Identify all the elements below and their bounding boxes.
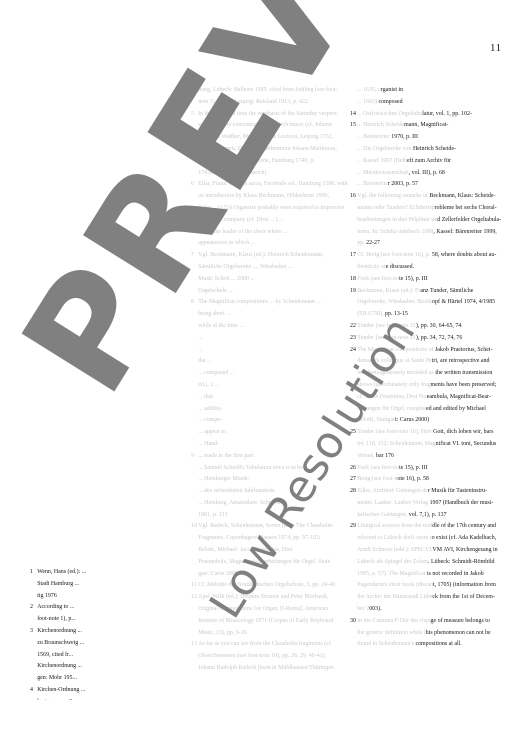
footnote-line: Tunder (see foot-note 21), pp. 34, 72, 7…: [357, 332, 530, 344]
footnote-number: 30: [350, 615, 356, 627]
footnote: 24The Magnificat compositions of Jakob P…: [350, 344, 530, 427]
footnote-number: 22: [350, 320, 356, 332]
footnote-line: 174 (Lüders, Hans Heinrich): [198, 167, 362, 179]
footnote-line: Olsen/Sørensen (see foot-note 10), pp. 2…: [198, 650, 362, 662]
footnote-line: p. 583 (Strunck, Delphin); furthermore J…: [198, 143, 362, 155]
footnote: 19Beckmann, Klaus (ed.): Franz Tunder, S…: [350, 285, 530, 320]
footnote-line: ber 2003).: [357, 603, 530, 615]
footnote-line: Fragments, Copenhagen: Hansen 1974, pp. …: [198, 532, 362, 544]
footnote-line: tig 1976: [37, 590, 124, 602]
footnote-line: ... Heinrich Scheidemann, Magnificat-: [357, 119, 530, 131]
footnote-line: 1995, p. 57). The Magnificat is not reco…: [357, 568, 530, 580]
footnote-line: Kirchenordnung ...: [37, 660, 124, 672]
footnote-line: ... compo-: [198, 414, 362, 426]
footnote-line: relevant to Lübeck don't seem to exist (…: [357, 532, 530, 544]
footnotes-right-column: ... 1635, organist in... 1663) composed1…: [350, 84, 530, 650]
footnote: 5In the course of time the emphasis of t…: [191, 108, 362, 179]
footnote-number: 4: [30, 684, 33, 696]
footnote-line: ... Bärenreiter 1970, p. III: [357, 131, 530, 143]
footnote-line: Praeambula, Magnificat-Bearbeitungen für…: [198, 556, 362, 568]
footnote-line: ... Die Orgelwerke von Heinrich Scheide-: [357, 143, 530, 155]
footnote-number: 18: [350, 273, 356, 285]
footnote-line: ... Hamburger Musik-: [198, 473, 362, 485]
footnote-line: Apel, Willi (ed.): Delphin Strunck and P…: [198, 591, 362, 603]
footnote-line: appearances in which ...: [198, 237, 362, 249]
footnote-line: Beckmann, Klaus (ed.): Franz Tunder, Säm…: [357, 285, 530, 297]
footnote-line: kalischen Gattungen, vol. 7,1), p. 137: [357, 509, 530, 521]
footnote-line: ... appear to: [198, 426, 362, 438]
footnote-number: 9: [191, 450, 194, 462]
footnote-line: Orgelwerke, Wiesbaden: Breitkopf & Härte…: [357, 296, 530, 308]
footnote-line: ... 1635, organist in: [357, 84, 530, 96]
footnote: 22Tunder (see foot-note 21), pp. 30, 64-…: [350, 320, 530, 332]
footnote-line: Cf. Melodie der Norddeutschen Orgelschul…: [198, 579, 362, 591]
footnote: 4Kirchen-Ordnung ...hertzogen zu S...: [30, 684, 124, 700]
footnote-number: 19: [350, 285, 356, 297]
footnote-line: Music, 23), pp. 9-20: [198, 627, 362, 639]
footnote: 14... Ostfriesischen Orgeltabulatur, vol…: [350, 108, 530, 120]
footnote-line: The Magnificat compositions of Jakob Pra…: [357, 344, 530, 356]
footnote-line: (EB 6758), pp. 13-15: [357, 308, 530, 320]
footnote-line: ... 1663) composed: [357, 96, 530, 108]
footnote-line: Lübeck als Spiegel der Zeiten. Lübeck: S…: [357, 556, 530, 568]
footnote-number: 26: [350, 462, 356, 474]
footnote: 18Fock (see foot-note 15), p. III: [350, 273, 530, 285]
footnote-line: Tunder (see foot-note 21), pp. 30, 64-65…: [357, 320, 530, 332]
footnote-line: being short ...: [198, 308, 362, 320]
footnote-line: Orgelschule ...: [198, 285, 362, 297]
footnote-line: ... Hand-: [198, 438, 362, 450]
footnote-line: less homogeneously moulded as the writte…: [357, 367, 530, 379]
footnote-number: 14: [350, 108, 356, 120]
footnote-line: Institute of Musicology 1971 (Corpus of …: [198, 615, 362, 627]
footnote-line: the Archiv der Hansestadt Lübeck from th…: [357, 591, 530, 603]
footnote-line: the generic definition while this phenom…: [357, 627, 530, 639]
footnote-number: 24: [350, 344, 356, 356]
footnote-line: Sämtliche Orgelwerke ..., Wiesbaden ...: [198, 261, 362, 273]
footnote-line: According to ...: [37, 601, 124, 613]
footnote-line: Pagendarm's choir book (discant, 1705) (…: [357, 579, 530, 591]
footnote-number: 5: [191, 108, 194, 120]
footnote-line: foot-note 1), p...: [37, 613, 124, 625]
footnote-line: Fock (see foot-note 15), p. III: [357, 462, 530, 474]
footnote: 3Kirchenordnung ...zu Braunschweig ...15…: [30, 625, 124, 684]
footnote-line: Tunder (see foot-note 16), Herr Gott, di…: [357, 426, 530, 438]
footnote-line: bearbeitungen in den Pelpliner und Zelle…: [357, 214, 530, 226]
footnote-line: ... des sechzehnten Jahrhunderts.: [198, 485, 362, 497]
footnote-line: ...: [198, 332, 362, 344]
footnote-line: Wenn, Hans (ed.): ...: [37, 566, 124, 578]
footnote-number: 1: [30, 566, 33, 578]
footnotes-left-column: 1Wenn, Hans (ed.): ...Stadt Hamburg ...t…: [30, 566, 124, 700]
footnote-number: 12: [191, 591, 197, 603]
footnote-line: ... Musikwissenschaft, vol. III), p. 68: [357, 167, 530, 179]
footnote-line: an introduction by Klaus Beckmann, Hilde…: [198, 190, 362, 202]
footnote-line: Kirchenordnung ...: [37, 625, 124, 637]
footnote-line: Belotti, Stuttgart: Carus 2000): [357, 414, 530, 426]
footnote-line: ... Kassel 1967 (Beiheft zum Archiv für: [357, 155, 530, 167]
footnote-line: The Magnificat compositions ... by Schei…: [198, 296, 362, 308]
footnote-line: ... additio-: [198, 403, 362, 415]
footnote-line: ... Ostfriesischen Orgeltabulatur, vol. …: [357, 108, 530, 120]
footnote-line: 1981, p. 113: [198, 509, 362, 521]
footnote-line: Liturgical sources from the middle of th…: [357, 520, 530, 532]
footnote-line: nung, Lübeck: Balhorn 1585, cited from S…: [198, 84, 362, 96]
footnote-line: 64, 118, 152; Scheidemann, Magnificat VI…: [357, 438, 530, 450]
footnote-line: ...: [198, 344, 362, 356]
footnote-line: pp. 22-27: [357, 237, 530, 249]
footnote-number: 2: [30, 601, 33, 613]
footnote-line: this and accompany (cf. Dirst ... ) ...: [198, 214, 362, 226]
footnote-line: ... composed ...: [198, 367, 362, 379]
footnote: 17Cf. Breig (see foot-note 16), p. 58, w…: [350, 249, 530, 273]
footnote-number: 3: [30, 625, 33, 637]
footnote-line: Grundlage einer Ehren-Pforte, Hamburg 17…: [198, 155, 362, 167]
footnote-line: to ask the leader of the choir where ...: [198, 226, 362, 238]
footnote-number: 13: [191, 638, 197, 650]
footnote-line: 1569, cited fr...: [37, 649, 124, 661]
footnote-line: note 3), vol. V, Leipzig: Reisland 1913,…: [198, 96, 362, 108]
footnote-line: Versus, bar 176: [357, 450, 530, 462]
footnote-line: In the course of time the emphasis of th…: [198, 108, 362, 120]
footnote-number: 15: [350, 119, 356, 131]
footnote-line: zu Braunschweig ...: [37, 637, 124, 649]
footnote: 1Wenn, Hans (ed.): ...Stadt Hamburg ...t…: [30, 566, 124, 601]
footnote-line: Vgl. the following remarks of Beckmann, …: [357, 190, 530, 202]
footnote-line: Kirchen-Ordnung ...: [37, 684, 124, 696]
footnote-number: 28: [350, 485, 356, 497]
footnote-number: 10: [191, 520, 197, 532]
footnote-line: Arndt Schnoor (edd.): SPECVLVM AVI, Kirc…: [357, 544, 530, 556]
footnote-line: Ellar, Franz: Cantica sacra, Facsimile e…: [198, 178, 362, 190]
footnote-number: 6: [191, 178, 194, 190]
footnote: 2According to ...foot-note 1), p...: [30, 601, 124, 625]
footnote-line: ... Bärenreiter 2003, p. 57: [357, 178, 530, 190]
footnote: 9... made in the first part... Samuel Sc…: [191, 450, 362, 521]
footnote: 8The Magnificat compositions ... by Sche…: [191, 296, 362, 449]
footnote-line: the ...: [198, 355, 362, 367]
footnote-line: cf. Jacob Praetorius, Drei Praeambula, M…: [357, 391, 530, 403]
footnote: 11Cf. Melodie der Norddeutschen Orgelsch…: [191, 579, 362, 591]
footnote-line: Johann Rudolph Radeck (born in Mühlhause…: [198, 662, 362, 674]
footnote-number: 23: [350, 332, 356, 344]
footnote: 29Liturgical sources from the middle of …: [350, 520, 530, 614]
footnotes-middle-column: nung, Lübeck: Balhorn 1585, cited from S…: [191, 84, 362, 674]
footnote-line: mente. Laaber: Laaber-Verlag 1997 (Handb…: [357, 497, 530, 509]
footnote-number: 16: [350, 190, 356, 202]
footnote-number: 27: [350, 473, 356, 485]
footnote: 25Tunder (see foot-note 16), Herr Gott, …: [350, 426, 530, 461]
footnote: 27Breig (see foot-note 16), p. 58: [350, 473, 530, 485]
footnote-line: Original Compositions for Organ, [I-Roma…: [198, 603, 362, 615]
footnote: 15... Heinrich Scheidemann, Magnificat-.…: [350, 119, 530, 190]
footnote-line: while at the time ...: [198, 320, 362, 332]
footnote: 28Edler, Arnfried: Gattungen der Musik f…: [350, 485, 530, 520]
footnote-line: thenticity are discussed.: [357, 261, 530, 273]
footnote-line: Gottfried Walther, Musicalisches Lexicon…: [198, 131, 362, 143]
footnotes-left-fragment: 1Wenn, Hans (ed.): ...Stadt Hamburg ...t…: [30, 560, 124, 700]
footnote: nung, Lübeck: Balhorn 1585, cited from S…: [191, 84, 362, 108]
footnote-line: Edler, Arnfried: Gattungen der Musik für…: [357, 485, 530, 497]
footnote-line: Vgl. Beckmann, Klaus (ed.): Heinrich Sch…: [198, 249, 362, 261]
footnote-line: gart: Carus 2000: [198, 568, 362, 580]
footnote: 23Tunder (see foot-note 21), pp. 34, 72,…: [350, 332, 530, 344]
footnote-line: Belotti, Michael: Jacob Praetorius, Drei: [198, 544, 362, 556]
footnote-line: In the Canzona F-Dur the change of measu…: [357, 615, 530, 627]
footnote-number: 17: [350, 249, 356, 261]
footnote-line: ... that: [198, 391, 362, 403]
footnote: 10Vgl. Radeck, Scheidemann, Seven (ed.):…: [191, 520, 362, 579]
footnote-line: turen. In: Schütz-Jahrbuch 1988, Kassel:…: [357, 226, 530, 238]
footnote-line: Cf. Breig (see foot-note 16), p. 58, whe…: [357, 249, 530, 261]
footnote-line: found in Scheidemann's compositions at a…: [357, 638, 530, 650]
page-number: 11: [490, 42, 502, 54]
footnote-line: ed.), 1 ...: [198, 379, 362, 391]
footnote-line: shows (unfortunately only fragments have…: [357, 379, 530, 391]
footnote-line: Music Schott ... 2000 ...: [198, 273, 362, 285]
footnote-line: hertzogen zu S...: [37, 696, 124, 700]
footnote-number: 29: [350, 520, 356, 532]
footnote: ... 1635, organist in... 1663) composed: [350, 84, 530, 108]
footnote: 7Vgl. Beckmann, Klaus (ed.): Heinrich Sc…: [191, 249, 362, 296]
footnote: 6Ellar, Franz: Cantica sacra, Facsimile …: [191, 178, 362, 249]
footnote-number: 11: [191, 579, 197, 591]
footnote-number: 7: [191, 249, 194, 261]
footnote: 13As far as you can see from the Clausho…: [191, 638, 362, 673]
footnote: 26Fock (see foot-note 15), p. III: [350, 462, 530, 474]
footnote: 12Apel, Willi (ed.): Delphin Strunck and…: [191, 591, 362, 638]
footnote-line: ... Samuel Scheidt's Tabulatura nova is …: [198, 462, 362, 474]
footnote-line: fiche ... (1 53) Organists probably were…: [198, 202, 362, 214]
footnote-line: Fock (see foot-note 15), p. III: [357, 273, 530, 285]
footnote: 16Vgl. the following remarks of Beckmann…: [350, 190, 530, 249]
footnote-line: As far as you can see from the Clausholm…: [198, 638, 362, 650]
footnote-number: 8: [191, 296, 194, 308]
footnote-line: ... Hamburg, Amsterdam: Schippers: [198, 497, 362, 509]
footnote: 30In the Canzona F-Dur the change of mea…: [350, 615, 530, 650]
footnote-line: Stadt Hamburg ...: [37, 578, 124, 590]
footnote-line: gen: Mohr 195...: [37, 672, 124, 684]
footnote-line: Breig (see foot-note 16), p. 58: [357, 473, 530, 485]
footnote-line: beitungen für Orgel, completed and edite…: [357, 403, 530, 415]
footnote-line: was gradually concentrated on church mus…: [198, 119, 362, 131]
document-page: 11 nung, Lübeck: Balhorn 1585, cited fro…: [0, 0, 530, 750]
footnote-line: demann's colleague at Sankt Petri, are r…: [357, 355, 530, 367]
footnote-line: Vgl. Radeck, Scheidemann, Seven (ed.): T…: [198, 520, 362, 532]
footnote-line: manns oder Tunders? Echtheitsprobleme be…: [357, 202, 530, 214]
footnote-number: 25: [350, 426, 356, 438]
footnote-line: ... made in the first part: [198, 450, 362, 462]
